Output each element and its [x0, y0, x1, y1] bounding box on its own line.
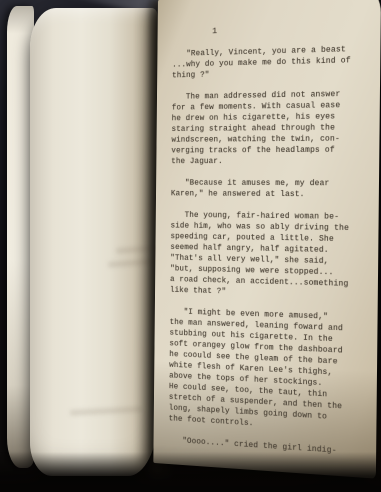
typed-paragraph: "I might be even more amused," the man a…: [169, 306, 368, 436]
book-photo: 1 "Really, Vincent, you are a beast ...w…: [0, 0, 381, 492]
typed-paragraph: The man addressed did not answer for a f…: [171, 88, 370, 167]
showthrough-smudge: [70, 406, 142, 416]
typed-paragraph: "Oooo...." cried the girl indig-: [168, 435, 366, 459]
typed-manuscript-page: 1 "Really, Vincent, you are a beast ...w…: [153, 0, 381, 479]
typed-paragraph: "Because it amuses me, my dear Karen," h…: [171, 178, 369, 201]
blank-verso-page: [30, 8, 158, 476]
typing-area: 1 "Really, Vincent, you are a beast ...w…: [154, 0, 381, 459]
page-number: 1: [172, 21, 370, 38]
typed-paragraph: "Really, Vincent, you are a beast ...why…: [172, 44, 370, 82]
typed-paragraph: The young, fair-haired woman be- side hi…: [170, 210, 369, 302]
